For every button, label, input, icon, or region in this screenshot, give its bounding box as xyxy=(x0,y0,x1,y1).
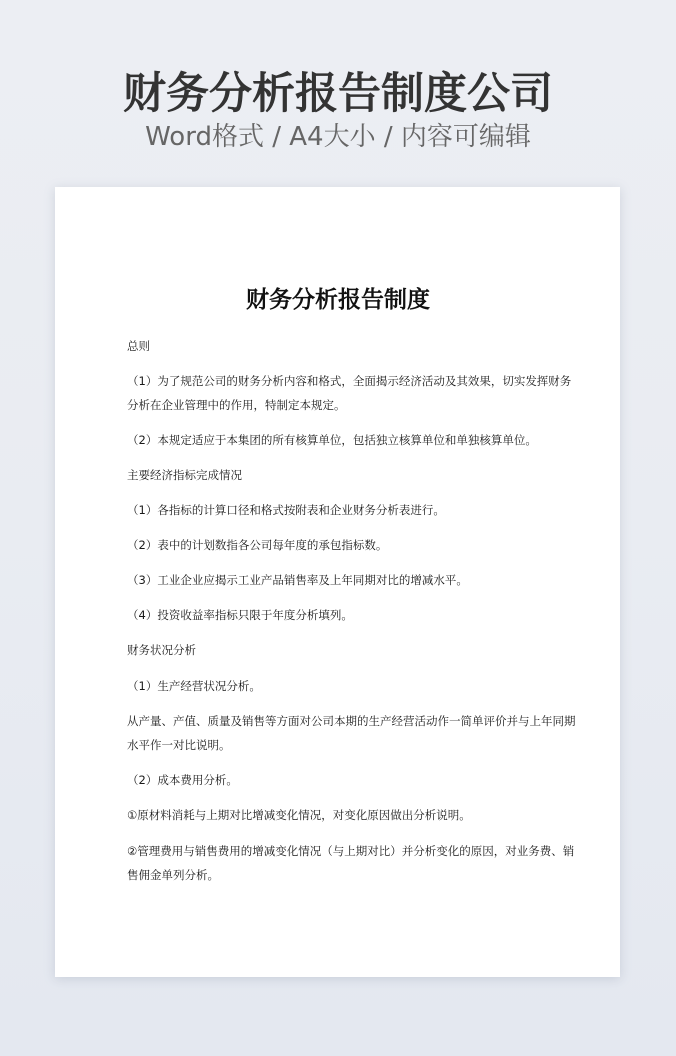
paragraph-line: （1）生产经营状况分析。 xyxy=(127,678,261,694)
paragraph-line: （2）成本费用分析。 xyxy=(127,772,238,788)
paragraph-line: 售佣金单列分析。 xyxy=(127,867,219,883)
banner-subtitle: Word格式 / A4大小 / 内容可编辑 xyxy=(0,120,676,154)
paragraph-line: ①原材料消耗与上期对比增减变化情况，对变化原因做出分析说明。 xyxy=(127,807,471,823)
document-title: 财务分析报告制度 xyxy=(0,285,676,315)
paragraph-line: （3）工业企业应揭示工业产品销售率及上年同期对比的增减水平。 xyxy=(127,572,468,588)
paragraph-line: （1）为了规范公司的财务分析内容和格式，全面揭示经济活动及其效果，切实发挥财务 xyxy=(127,373,571,389)
paragraph-line: 水平作一对比说明。 xyxy=(127,737,231,753)
banner-title: 财务分析报告制度公司 xyxy=(0,66,676,122)
paragraph-line: ②管理费用与销售费用的增减变化情况（与上期对比）并分析变化的原因，对业务费、销 xyxy=(127,843,574,859)
paragraph-line: 分析在企业管理中的作用，特制定本规定。 xyxy=(127,397,346,413)
paragraph-line: （2）本规定适应于本集团的所有核算单位，包括独立核算单位和单独核算单位。 xyxy=(127,432,537,448)
paragraph-line: （4）投资收益率指标只限于年度分析填列。 xyxy=(127,607,353,623)
section-heading-general: 总则 xyxy=(127,338,150,354)
paragraph-line: 从产量、产值、质量及销售等方面对公司本期的生产经营活动作一简单评价并与上年同期 xyxy=(127,713,576,729)
section-heading-indicators: 主要经济指标完成情况 xyxy=(127,467,242,483)
paragraph-line: （2）表中的计划数指各公司每年度的承包指标数。 xyxy=(127,537,387,553)
section-heading-financial-status: 财务状况分析 xyxy=(127,642,196,658)
paragraph-line: （1）各指标的计算口径和格式按附表和企业财务分析表进行。 xyxy=(127,502,445,518)
